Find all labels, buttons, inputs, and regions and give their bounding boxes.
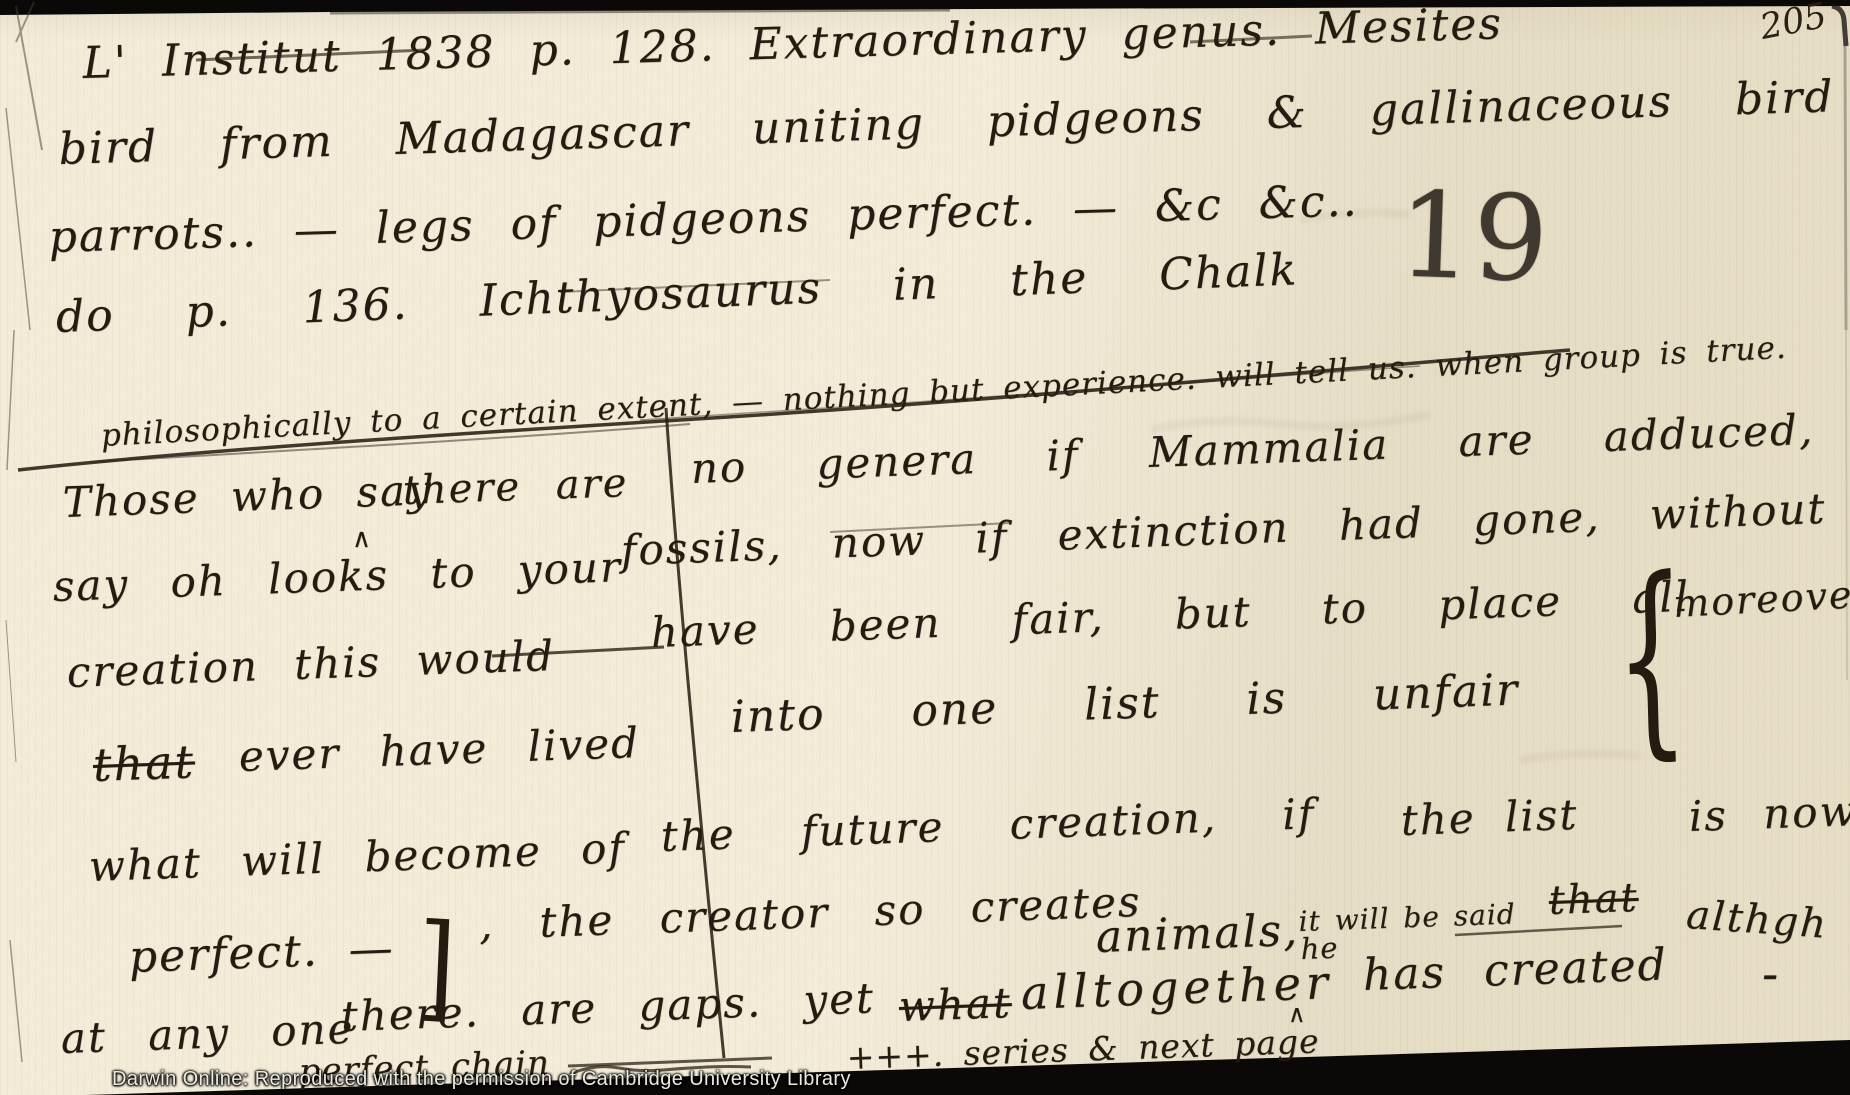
ms-row-g-dash: - — [1762, 946, 1780, 1002]
ms-row-g-alltogether: alltogether — [1020, 955, 1334, 1020]
ms-row-d-struck-word: that — [92, 734, 196, 792]
curly-brace-mark: { — [1612, 533, 1690, 783]
ms-row-f-end: althgh — [1685, 892, 1830, 948]
ms-row-f-left: perfect. — — [128, 923, 395, 983]
ms-row-a-insert: there are — [402, 460, 629, 514]
ms-row-f-struck-word: that — [1548, 875, 1639, 924]
ms-row-d-moreover: moreover — [1672, 572, 1850, 626]
caption-overlay: Darwin Online: Reproduced with the permi… — [112, 1068, 851, 1091]
ms-row-g-caret-word: he — [1300, 931, 1339, 966]
ms-row-g-struck-word: what — [898, 978, 1013, 1031]
ms-row-g-end: has created — [1362, 939, 1669, 1001]
caret-mark: ∧ — [352, 524, 373, 554]
ms-row-e-end: is now — [1688, 786, 1850, 841]
ms-row-e-list: the list — [1400, 790, 1579, 845]
stamp-number: 19 — [1396, 165, 1551, 308]
manuscript-page: L' Institut 1838 p. 128. Extraordinary g… — [0, 0, 1850, 1095]
ms-row-f-animals: animals, — [1095, 905, 1300, 963]
